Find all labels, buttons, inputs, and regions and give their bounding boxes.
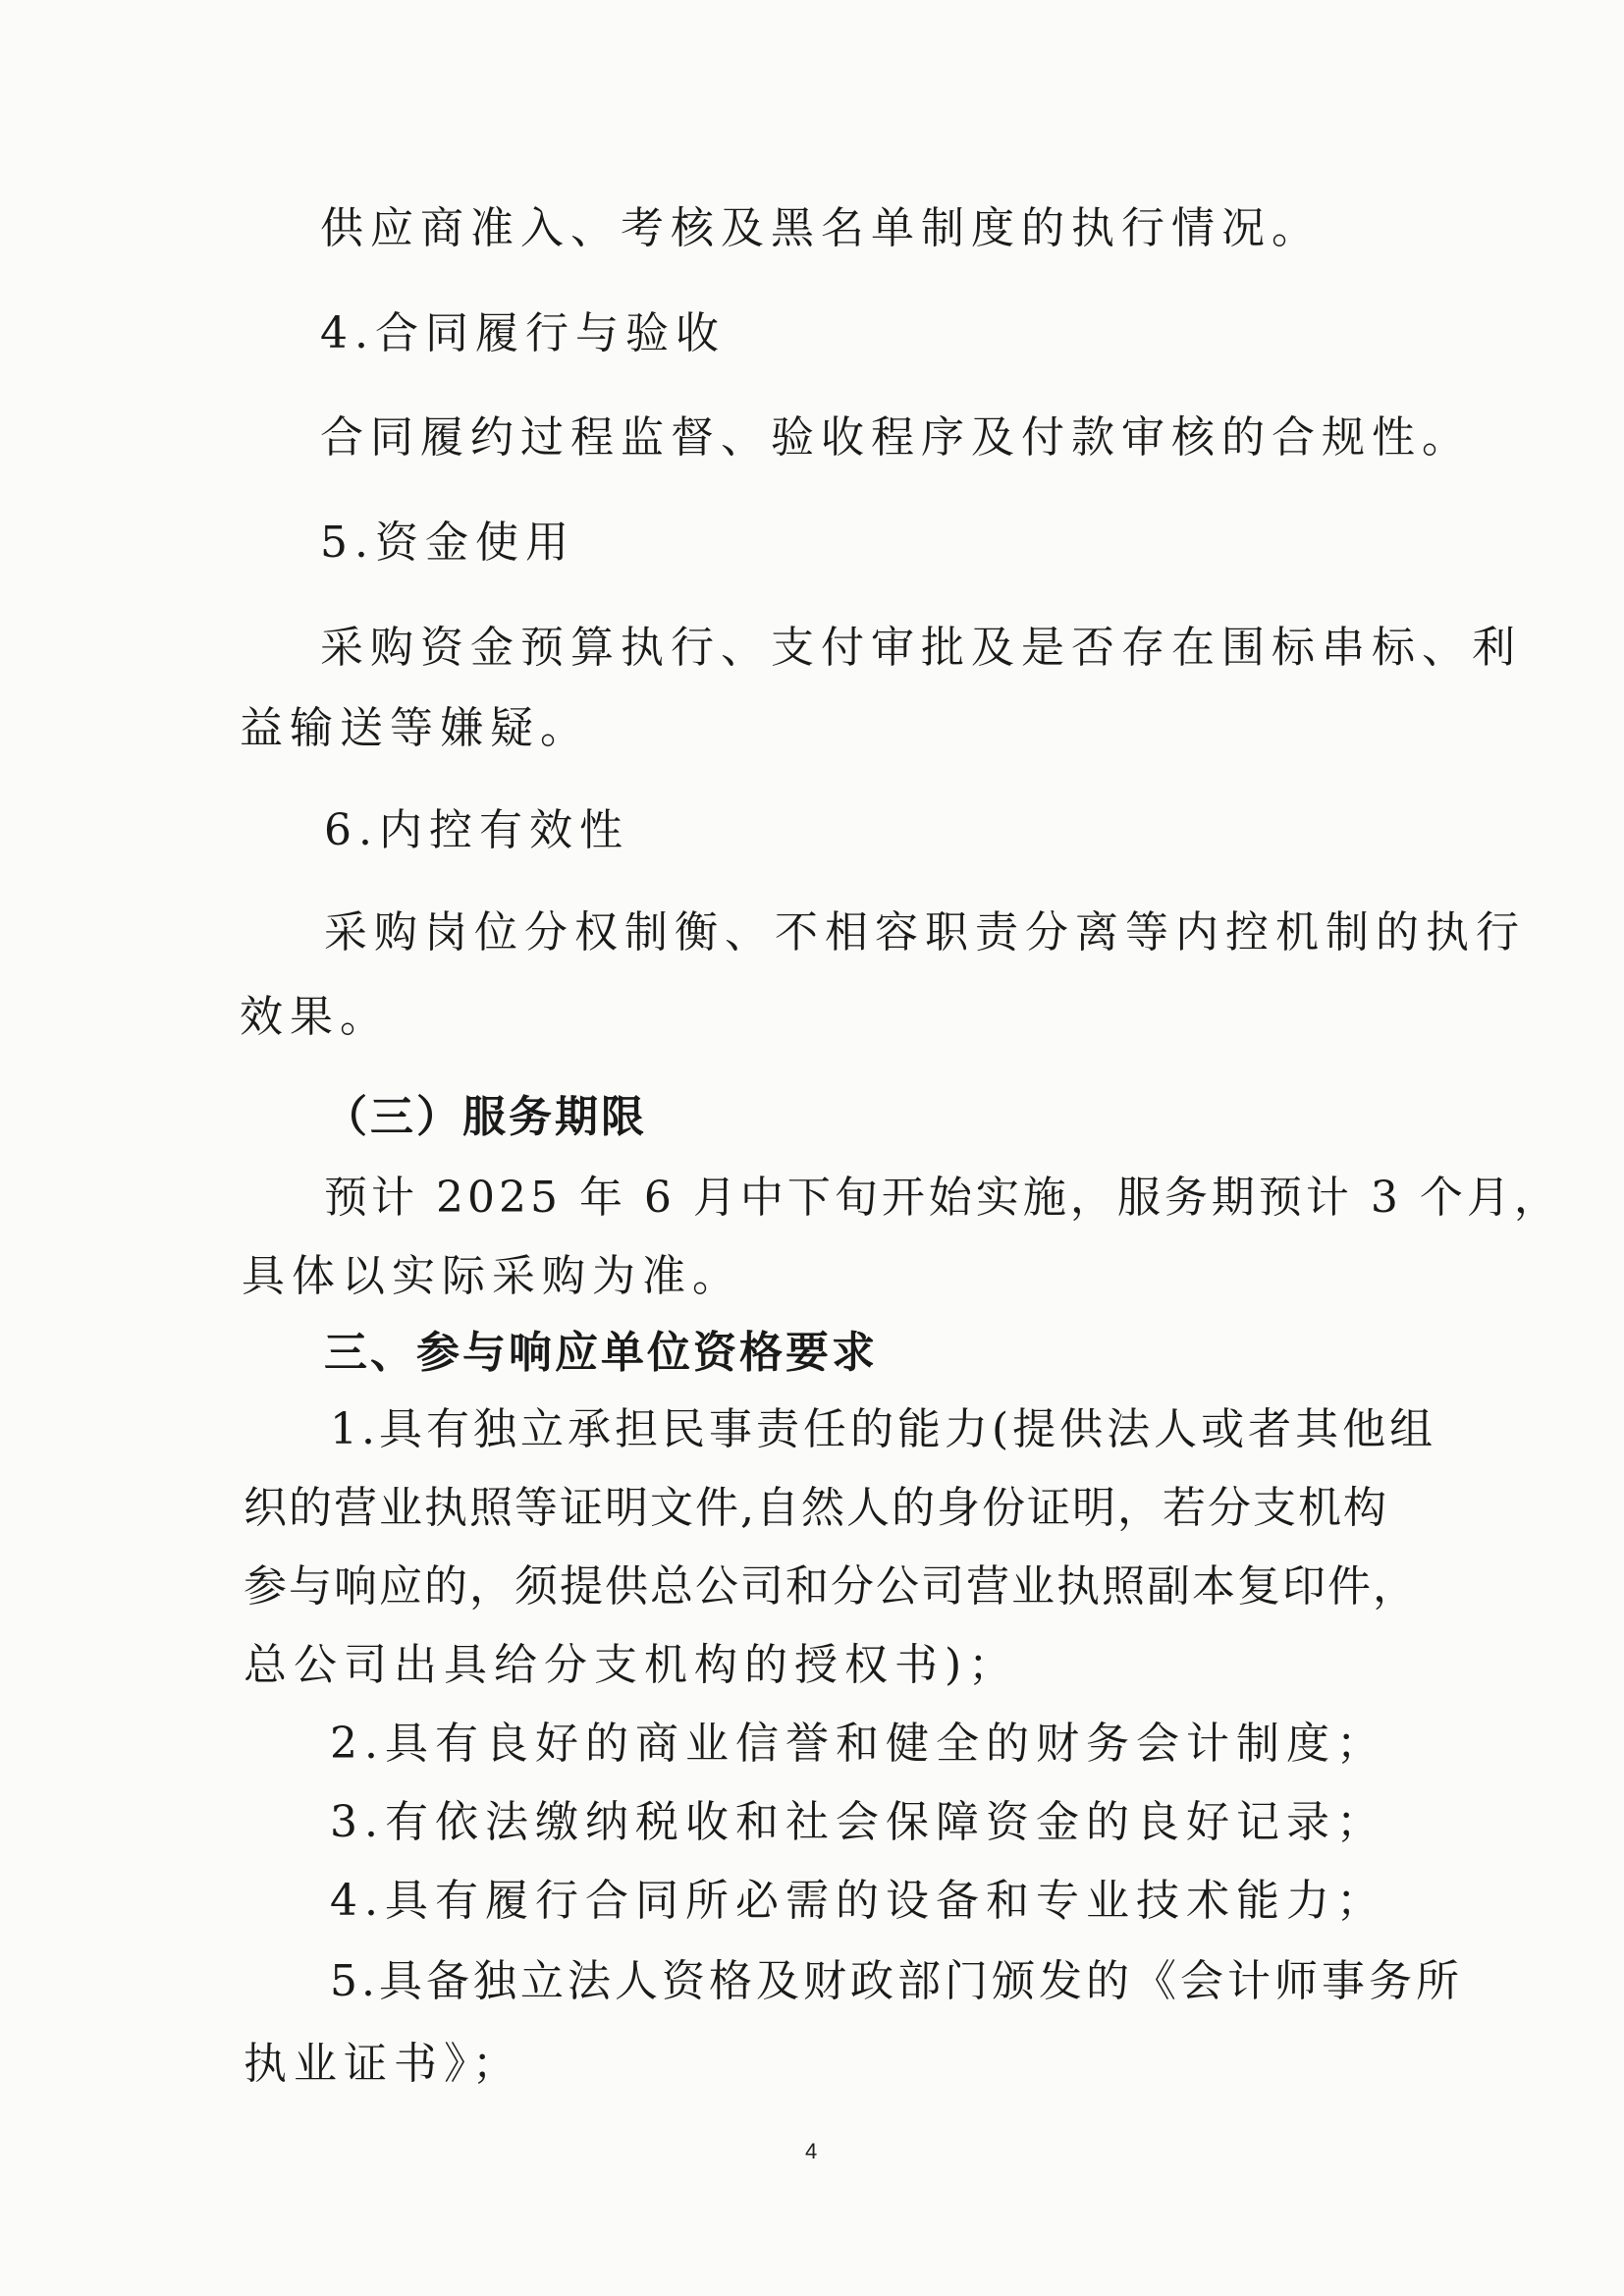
section-heading-qualifications: 三、参与响应单位资格要求 [324,1326,878,1381]
document-page: 供应商准入、考核及黑名单制度的执行情况。 4.合同履行与验收 合同履约过程监督、… [0,0,1624,2296]
requirement-item: 1.具有独立承担民事责任的能力(提供法人或者其他组 [330,1402,1436,1457]
text-line: 采购岗位分权制衡、不相容职责分离等内控机制的执行 [324,905,1526,960]
page-number: 4 [805,2139,817,2164]
text-line: 采购资金预算执行、支付审批及是否存在围标串标、利 [320,621,1522,676]
subsection-heading: 5.资金使用 [320,516,575,571]
text-line: 益输送等嫌疑。 [240,701,590,756]
requirement-item: 2.具有良好的商业信誉和健全的财务会计制度； [330,1717,1386,1772]
subsection-heading: 6.内控有效性 [324,803,629,858]
text-line: 执业证书》； [244,2037,522,2092]
text-line: 合同履约过程监督、验收程序及付款审核的合规性。 [320,410,1472,465]
text-line: 供应商准入、考核及黑名单制度的执行情况。 [320,201,1322,256]
text-line: 效果。 [240,990,390,1045]
section-heading-service-period: （三）服务期限 [324,1090,647,1145]
text-line: 织的营业执照等证明文件,自然人的身份证明，若分支机构 [244,1481,1388,1536]
text-line: 预计 2025 年 6 月中下旬开始实施，服务期预计 3 个月， [324,1171,1561,1226]
requirement-item: 4.具有履行合同所必需的设备和专业技术能力； [330,1874,1386,1929]
requirement-item: 3.有依法缴纳税收和社会保障资金的良好记录； [330,1795,1386,1850]
text-line: 总公司出具给分支机构的授权书)； [244,1638,1018,1693]
text-line: 参与响应的，须提供总公司和分公司营业执照副本复印件， [244,1559,1418,1614]
requirement-item: 5.具备独立法人资格及财政部门颁发的《会计师事务所 [330,1954,1463,2009]
text-line: 具体以实际采购为准。 [242,1249,742,1304]
subsection-heading: 4.合同履行与验收 [320,306,726,361]
